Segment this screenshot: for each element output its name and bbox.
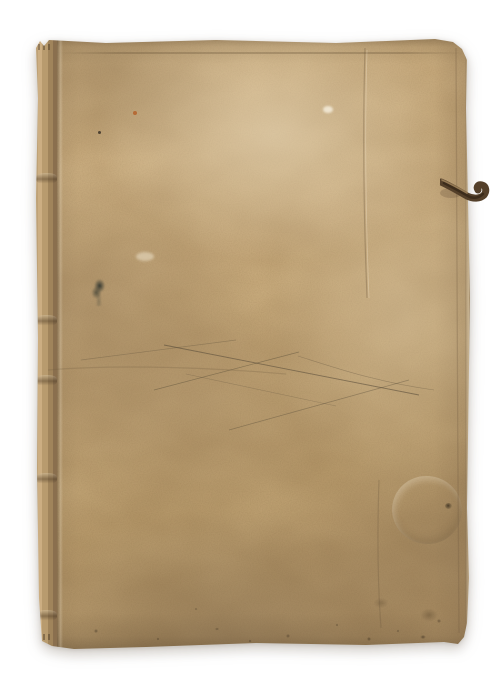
scratch-marks — [36, 38, 470, 649]
front-cover — [36, 38, 470, 649]
leather-tie — [440, 172, 494, 212]
fore-edge-fold — [456, 48, 459, 633]
photo-background — [0, 0, 500, 682]
vellum-book — [36, 38, 470, 649]
